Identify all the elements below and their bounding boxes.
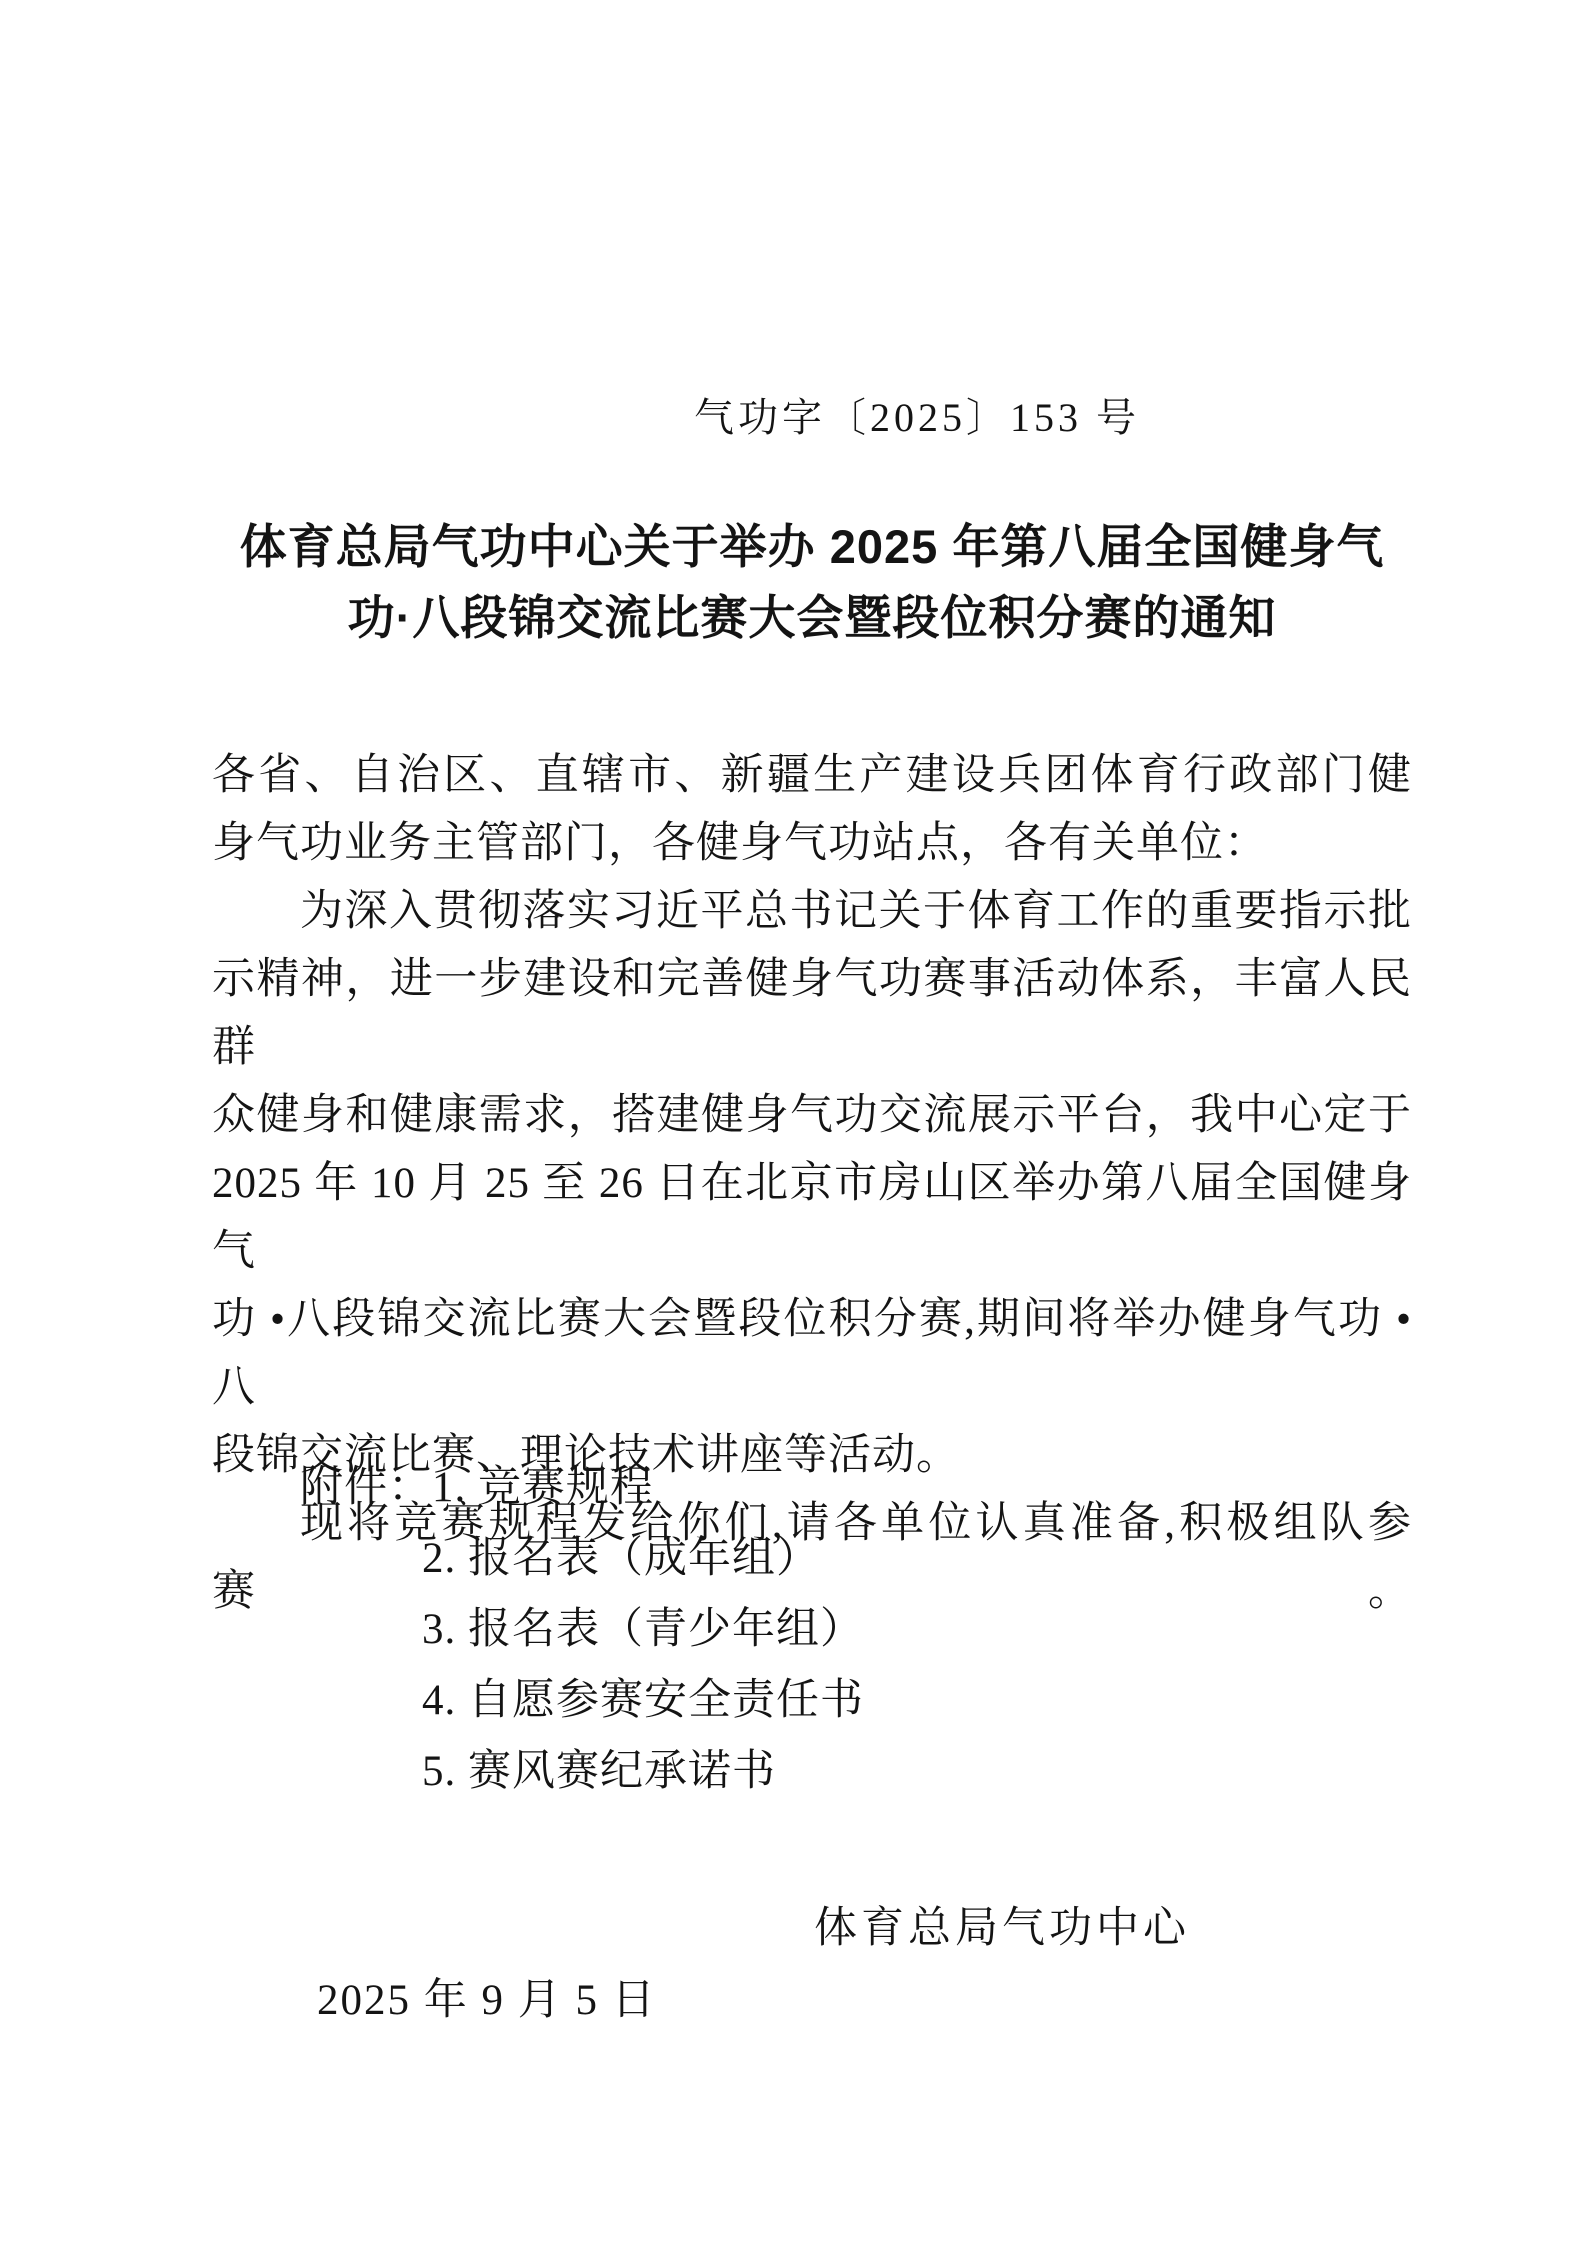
attachment-item: 5. 赛风赛纪承诺书 [300,1736,864,1807]
attachments-label: 附件： [300,1464,432,1511]
body-line: 功 •八段锦交流比赛大会暨段位积分赛,期间将举办健身气功 •八 [212,1286,1412,1422]
attachment-item: 附件：1. 竞赛规程 [300,1452,864,1523]
salutation-line: 身气功业务主管部门，各健身气功站点，各有关单位： [212,810,1412,878]
salutation-line: 各省、自治区、直辖市、新疆生产建设兵团体育行政部门健 [212,742,1412,810]
document-title-line-2: 功·八段锦交流比赛大会暨段位积分赛的通知 [212,582,1412,653]
attachment-item: 4. 自愿参赛安全责任书 [300,1665,864,1736]
official-notice-page: 气功字〔2025〕153 号 体育总局气功中心关于举办 2025 年第八届全国健… [0,0,1588,2245]
document-title: 体育总局气功中心关于举办 2025 年第八届全国健身气 功·八段锦交流比赛大会暨… [212,511,1412,653]
attachment-item: 2. 报名表（成年组） [300,1523,864,1594]
body-line: 众健身和健康需求，搭建健身气功交流展示平台，我中心定于 [212,1082,1412,1150]
signature-organization: 体育总局气功中心 [814,1894,1190,1955]
attachment-item-text: 1. 竞赛规程 [432,1464,654,1511]
document-title-line-1: 体育总局气功中心关于举办 2025 年第八届全国健身气 [212,511,1412,582]
body-line: 为深入贯彻落实习近平总书记关于体育工作的重要指示批 [212,878,1412,946]
body-line: 示精神，进一步建设和完善健身气功赛事活动体系，丰富人民群 [212,946,1412,1082]
issue-date: 2025 年 9 月 5 日 [317,1966,657,2027]
doc-reference-number: 气功字〔2025〕153 号 [694,386,1140,443]
attachments-list: 附件：1. 竞赛规程 2. 报名表（成年组） 3. 报名表（青少年组） 4. 自… [300,1452,864,1807]
body-line: 2025 年 10 月 25 至 26 日在北京市房山区举办第八届全国健身气 [212,1150,1412,1286]
attachment-item: 3. 报名表（青少年组） [300,1594,864,1665]
